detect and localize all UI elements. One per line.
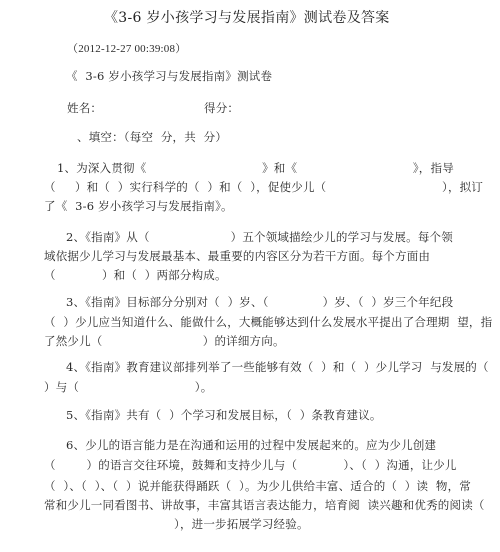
timestamp: （2012-12-27 00:39:08） — [67, 42, 186, 56]
score-label: 得分： — [204, 101, 239, 115]
question-line: 4、《指南》教育建议部排列举了一些能够有效（ ）和（ ）少儿学习 与发展的（ — [66, 360, 489, 374]
section-heading: 、填空：（每空 分，共 分） — [77, 130, 227, 144]
question-line: 2、《指南》从（ ）五个领域描绘少儿的学习与发展。每个领 — [66, 230, 453, 244]
question-line: 5、《指南》共有（ ）个学习和发展目标，（ ）条教育建议。 — [66, 408, 382, 422]
question-line: 常和少儿一同看图书、讲故事，丰富其语言表达能力，培育阅 读兴趣和优秀的阅读（ — [44, 498, 485, 512]
document-title: 《3-6 岁小孩学习与发展指南》测试卷及答案 — [104, 9, 390, 27]
question-line: ）与（ ）。 — [44, 380, 212, 394]
name-label: 姓名： — [67, 101, 102, 115]
question-line: 3、《指南》目标部分分别对（ ）岁、（ ）岁、（ ）岁三个年纪段 — [66, 295, 453, 309]
question-line: （ ）少儿应当知道什么、能做什么，大概能够达到什么发展水平提出了合理期 望，指 — [44, 315, 492, 329]
exam-subtitle: 《 3-6 岁小孩学习与发展指南》测试卷 — [66, 69, 272, 83]
question-line: 1、为深入贯彻《 》和《 》，指导 — [57, 161, 454, 175]
question-line: （ ）的语言交往环境，鼓舞和支持少儿与（ ）、（ ）沟通，让少儿 — [44, 458, 457, 472]
question-line: （ ）和（ ）实行科学的（ ）和（ ），促使少儿（ ），拟订 — [44, 180, 483, 194]
question-line: ），进一步拓展学习经验。 — [174, 517, 309, 531]
question-line: （ ）和（ ）两部分构成。 — [44, 268, 227, 282]
question-line: 6、少儿的语言能力是在沟通和运用的过程中发展起来的。应为少儿创建 — [66, 438, 436, 452]
question-line: 了然少儿（ ）的详细方向。 — [44, 334, 285, 348]
question-line: 了《 3-6 岁小孩学习与发展指南》。 — [44, 199, 233, 213]
question-line: 域依据少儿学习与发展最基本、最重要的内容区分为若干方面。每个方面由 — [44, 249, 430, 263]
question-line: （ ）、（ ）、（ ）说并能获得踊跃（ ）。为少儿供给丰富、适合的（ ）读 物，… — [44, 479, 471, 493]
